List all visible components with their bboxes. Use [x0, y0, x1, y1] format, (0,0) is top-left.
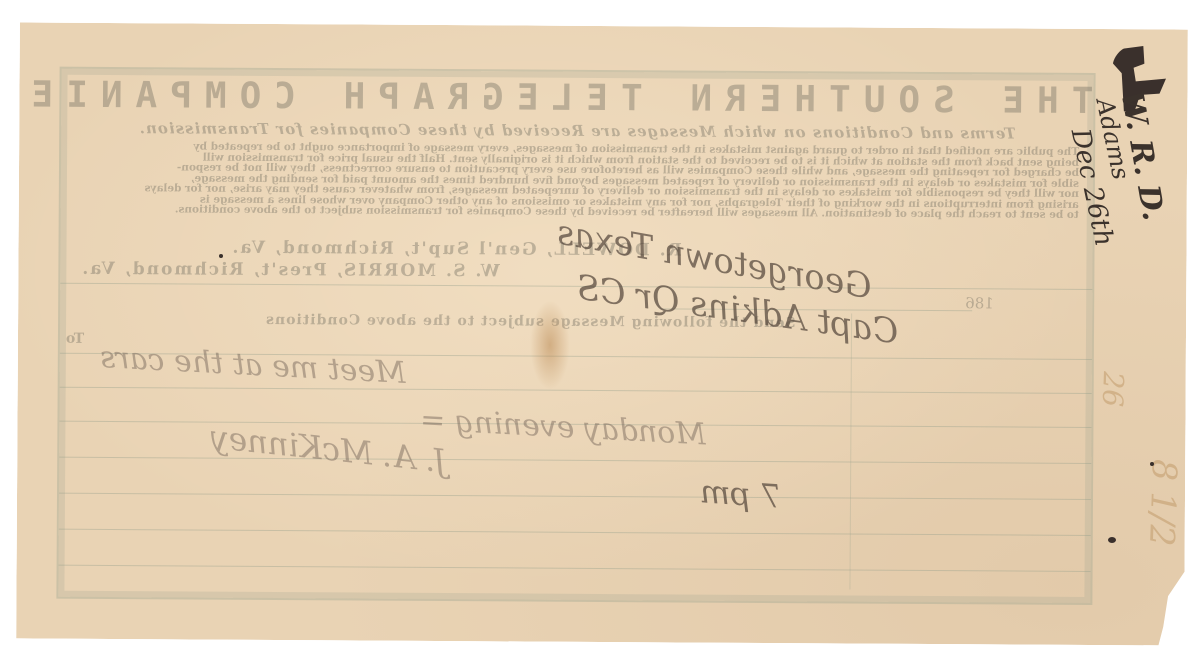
- pencil-mark-1: 26: [1096, 371, 1130, 408]
- pencil-mark-2: 8 1/2: [1141, 459, 1184, 548]
- column-rule: [849, 314, 852, 590]
- form-subtitle: Terms and Conditions on which Messages a…: [61, 119, 1093, 143]
- to-label: To: [66, 331, 84, 347]
- message-line: [59, 529, 1091, 536]
- ink-spot: [219, 254, 223, 258]
- water-stain: [530, 300, 570, 390]
- message-line: [59, 457, 1091, 464]
- officer-president: W. S. MORRIS, Pres't, Richmond, Va.: [80, 259, 500, 282]
- ink-spot: [1150, 462, 1154, 466]
- form-title: THE SOUTHERN TELEGRAPH COMPANIES.: [61, 75, 1093, 122]
- mirrored-print-layer: THE SOUTHERN TELEGRAPH COMPANIES. Terms …: [58, 69, 1093, 603]
- message-line: [59, 493, 1091, 500]
- printed-form-border: THE SOUTHERN TELEGRAPH COMPANIES. Terms …: [56, 67, 1095, 605]
- telegraph-paper: THE SOUTHERN TELEGRAPH COMPANIES. Terms …: [16, 22, 1188, 645]
- message-line: [60, 387, 1092, 394]
- terms-and-conditions: The public are notified that in order to…: [75, 141, 1079, 221]
- message-line: [59, 565, 1091, 572]
- handwritten-time: 7 pm: [699, 472, 783, 516]
- ink-spot: [1108, 537, 1116, 543]
